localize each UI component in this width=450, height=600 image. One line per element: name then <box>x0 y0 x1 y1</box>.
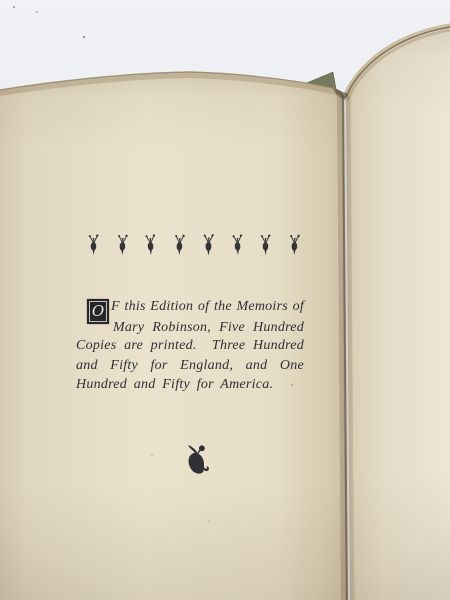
fig-tailpiece-ornament-icon <box>185 443 210 481</box>
sprig-ornament-icon <box>174 233 186 256</box>
limitation-text-line: Copies are printed. Three Hundred <box>76 337 304 355</box>
open-book-photo: O F this Edition of the Memoirs of Mary … <box>0 0 450 600</box>
limitation-notice: O F this Edition of the Memoirs of Mary … <box>76 297 304 401</box>
limitation-text-line: Mary Robinson, Five Hundred <box>76 319 304 337</box>
limitation-text-line: Hundred and Fifty for America. <box>76 376 304 394</box>
ornament-row <box>88 231 300 256</box>
right-page <box>345 25 450 600</box>
sprig-ornament-icon <box>145 233 157 256</box>
sprig-ornament-icon <box>88 233 99 256</box>
sprig-ornament-icon <box>116 233 128 256</box>
limitation-text-line: F this Edition of the Memoirs of <box>76 298 304 316</box>
sprig-ornament-icon <box>260 233 271 256</box>
sprig-ornament-icon <box>289 233 301 256</box>
sprig-ornament-icon <box>231 233 243 256</box>
limitation-text-line: and Fifty for England, and One <box>76 357 304 375</box>
sprig-ornament-icon <box>202 232 214 256</box>
